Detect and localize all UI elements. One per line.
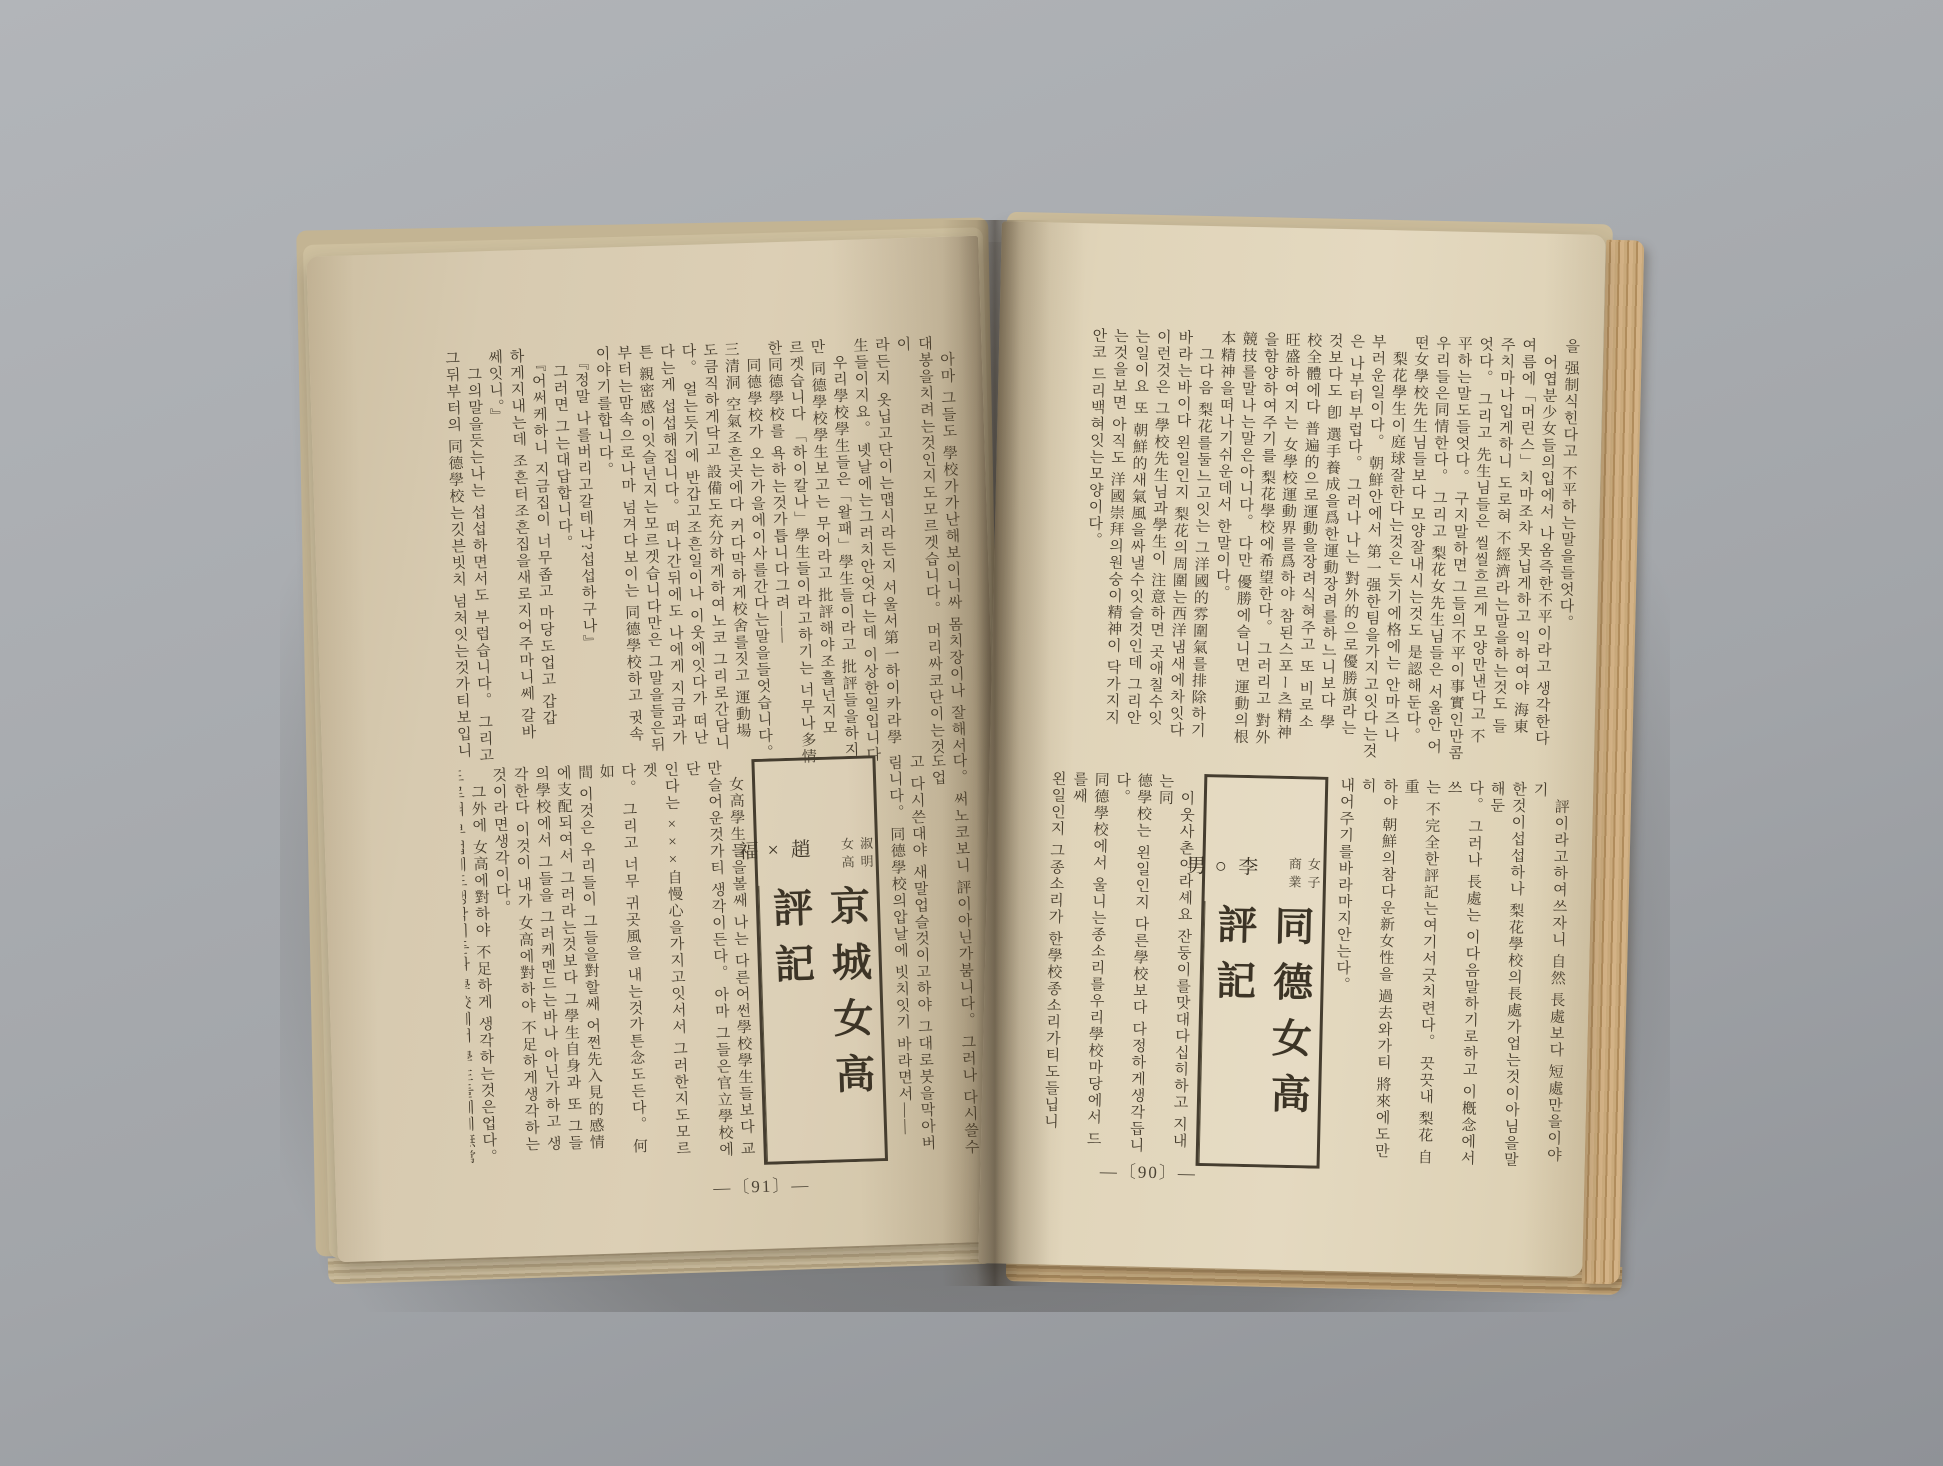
open-book: 아마 그들도 學校가가난해보이니싸 몸치장이나 잘해서대봉을치려는것인지도모르겟… xyxy=(300,212,1652,1304)
page-number: —〔90〕— xyxy=(1078,1156,1219,1184)
article-title: 京城女高評記 xyxy=(761,882,884,1161)
text-column: 다。 그러나 長處는 이다음말하기로하고 이槪念에서쓰 xyxy=(1433,779,1485,1172)
column-group-article-end: 評이라고하여쓰자니 自然 長處보다 短處만을이야기한것이섭섭하나 梨花學校의長處… xyxy=(1326,777,1571,1174)
byline-school: 女子商業 xyxy=(1284,857,1323,904)
left-page-top-text-band: 아마 그들도 學校가가난해보이니싸 몸치장이나 잘해서대봉을치려는것인지도모르겟… xyxy=(445,334,968,786)
article-title-box: 同德女高評記 女子商業 李○男 xyxy=(1195,774,1328,1169)
article-title-area: 京城女高評記 xyxy=(758,882,885,1162)
text-column: 한것이섭섭하나 梨花學校의長處가업는것이아님을말해둔 xyxy=(1476,780,1528,1173)
text-column: 同德學校에서 울니는종소리를우리學校마당에서 드를쌔 xyxy=(1059,771,1111,1164)
text-column: 하야 朝鮮의참다운新女性을 過去와가티 將來에도만히 xyxy=(1347,777,1399,1170)
article-title: 同德女高評記 xyxy=(1201,901,1321,1166)
article-byline: 女子商業 李○男 xyxy=(1204,777,1325,904)
left-page-bottom-text-band: 다。 써노코보니 評이아닌가붐니다。 그러나 다시쓸수도업고 다시쓴대야 새말업… xyxy=(459,752,982,1174)
text-column: 이웃사촌이라셰요 잔둥이를맛대다십히하고 지내는同 xyxy=(1145,773,1197,1166)
text-column: 는 不完全한評記는여기서긋치련다。 끗끗내 梨花 自重 xyxy=(1390,778,1442,1171)
right-page-top-text-band: 을 强制식힌다고 不平하는말을들엇다。 어엽분少女들의입에서 나옴즉한不平이라고… xyxy=(1052,327,1582,775)
column-group-article-body: 이웃사촌이라셰요 잔둥이를맛대다십히하고 지내는同德學校는 왼일인지 다른學校보… xyxy=(1043,771,1197,1166)
article-byline: 淑明女高 趙×福 xyxy=(754,758,876,886)
text-column: 德學校는 왼일인지 다른學校보다 다정하게생각듭니다。 xyxy=(1102,772,1154,1165)
page-number: —〔91〕— xyxy=(691,1170,832,1199)
article-title-box: 京城女高評記 淑明女高 趙×福 xyxy=(751,755,888,1165)
right-page: 을 强制식힌다고 不平하는말을들엇다。 어엽분少女들의입에서 나옴즉한不平이라고… xyxy=(978,221,1605,1276)
right-page-bottom-text-band: 評이라고하여쓰자니 自然 長處보다 短處만을이야기한것이섭섭하나 梨花學校의長處… xyxy=(1043,771,1572,1175)
text-column: 評이라고하여쓰자니 自然 長處보다 短處만을이야기 xyxy=(1519,781,1571,1174)
left-page: 아마 그들도 學校가가난해보이니싸 몸치장이나 잘해서대봉을치려는것인지도모르겟… xyxy=(306,236,1009,1263)
photo-of-open-book: { "colors":{ "background_gray":"#a6a9ad"… xyxy=(0,0,1943,1466)
byline-school: 淑明女高 xyxy=(837,836,876,883)
column-group-article-end: 다。 써노코보니 評이아닌가붐니다。 그러나 다시쓸수도업고 다시쓴대야 새말업… xyxy=(882,752,981,1161)
article-title-area: 同德女高評記 xyxy=(1198,901,1322,1166)
column-group-article-body: 女高學生들을볼쌔 나는 다른어썬學校學生들보다 교만슬어운것가티 생각이든다。 … xyxy=(459,759,758,1174)
